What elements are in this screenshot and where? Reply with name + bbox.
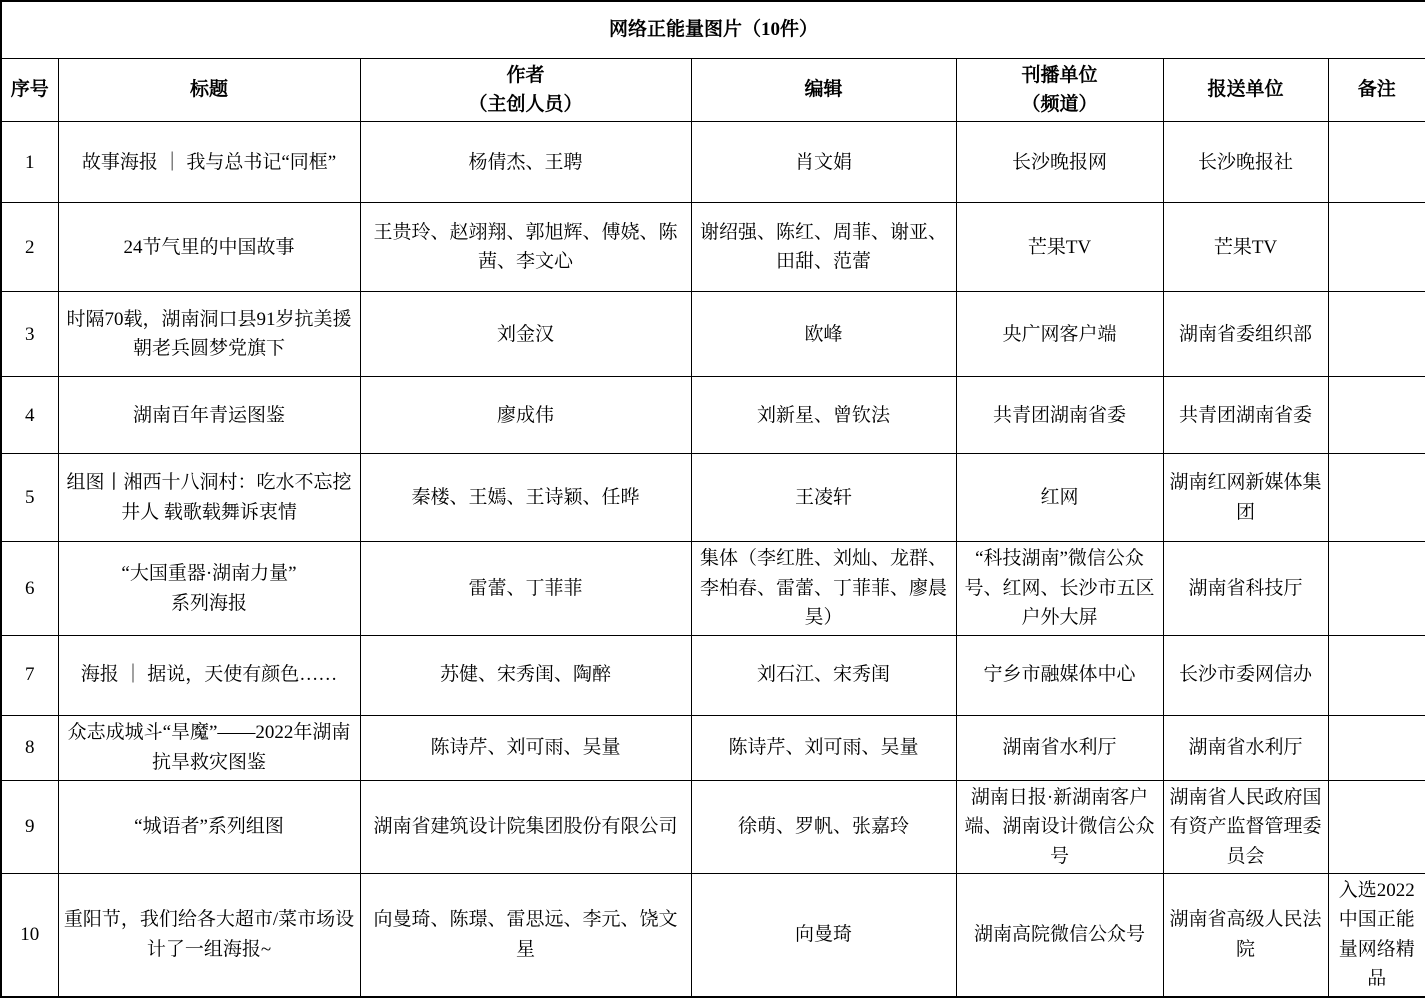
cell-title: “大国重器·湖南力量” 系列海报 xyxy=(58,542,360,635)
cell-editor: 肖文娟 xyxy=(691,122,956,203)
cell-editor: 欧峰 xyxy=(691,292,956,377)
cell-author: 苏健、宋秀闺、陶醉 xyxy=(360,635,691,715)
cell-editor: 徐萌、罗帆、张嘉玲 xyxy=(691,780,956,873)
cell-editor: 谢绍强、陈红、周菲、谢亚、田甜、范蕾 xyxy=(691,203,956,292)
header-author: 作者 （主创人员） xyxy=(360,58,691,122)
cell-no: 4 xyxy=(1,377,58,454)
cell-author: 杨倩杰、王聘 xyxy=(360,122,691,203)
cell-title: “城语者”系列组图 xyxy=(58,780,360,873)
cell-title: 海报 ｜ 据说，天使有颜色…… xyxy=(58,635,360,715)
cell-remark xyxy=(1328,203,1425,292)
header-remark: 备注 xyxy=(1328,58,1425,122)
cell-submitter: 芒果TV xyxy=(1163,203,1328,292)
header-submitter: 报送单位 xyxy=(1163,58,1328,122)
cell-submitter: 湖南省人民政府国有资产监督管理委员会 xyxy=(1163,780,1328,873)
cell-remark xyxy=(1328,377,1425,454)
cell-no: 5 xyxy=(1,454,58,542)
cell-no: 6 xyxy=(1,542,58,635)
table-row: 6 “大国重器·湖南力量” 系列海报 雷蕾、丁菲菲 集体（李红胜、刘灿、龙群、李… xyxy=(1,542,1425,635)
cell-submitter: 湖南省高级人民法院 xyxy=(1163,874,1328,997)
cell-editor: 刘新星、曾钦法 xyxy=(691,377,956,454)
cell-remark xyxy=(1328,780,1425,873)
cell-publisher: 湖南日报·新湖南客户端、湖南设计微信公众号 xyxy=(956,780,1163,873)
cell-no: 10 xyxy=(1,874,58,997)
cell-publisher: 芒果TV xyxy=(956,203,1163,292)
cell-publisher: 央广网客户端 xyxy=(956,292,1163,377)
header-title: 标题 xyxy=(58,58,360,122)
cell-no: 2 xyxy=(1,203,58,292)
cell-submitter: 共青团湖南省委 xyxy=(1163,377,1328,454)
cell-editor: 集体（李红胜、刘灿、龙群、李柏春、雷蕾、丁菲菲、廖晨昊） xyxy=(691,542,956,635)
header-no: 序号 xyxy=(1,58,58,122)
cell-title: 组图丨湘西十八洞村：吃水不忘挖井人 载歌载舞诉衷情 xyxy=(58,454,360,542)
cell-remark xyxy=(1328,292,1425,377)
cell-title: 24节气里的中国故事 xyxy=(58,203,360,292)
cell-remark: 入选2022中国正能量网络精品 xyxy=(1328,874,1425,997)
cell-remark xyxy=(1328,715,1425,780)
table-row: 5 组图丨湘西十八洞村：吃水不忘挖井人 载歌载舞诉衷情 秦楼、王嫣、王诗颖、任晔… xyxy=(1,454,1425,542)
cell-author: 王贵玲、赵翊翔、郭旭辉、傅娆、陈茜、李文心 xyxy=(360,203,691,292)
cell-author: 刘金汉 xyxy=(360,292,691,377)
table-header-row: 序号 标题 作者 （主创人员） 编辑 刊播单位 （频道） 报送单位 备注 xyxy=(1,58,1425,122)
cell-title: 时隔70载，湖南洞口县91岁抗美援朝老兵圆梦党旗下 xyxy=(58,292,360,377)
cell-author: 廖成伟 xyxy=(360,377,691,454)
positive-energy-pictures-table: 网络正能量图片（10件） 序号 标题 作者 （主创人员） 编辑 刊播单位 （频道… xyxy=(0,0,1425,998)
table-row: 3 时隔70载，湖南洞口县91岁抗美援朝老兵圆梦党旗下 刘金汉 欧峰 央广网客户… xyxy=(1,292,1425,377)
table-row: 7 海报 ｜ 据说，天使有颜色…… 苏健、宋秀闺、陶醉 刘石江、宋秀闺 宁乡市融… xyxy=(1,635,1425,715)
table-title: 网络正能量图片（10件） xyxy=(1,1,1425,58)
cell-title: 湖南百年青运图鉴 xyxy=(58,377,360,454)
cell-title: 重阳节，我们给各大超市/菜市场设计了一组海报~ xyxy=(58,874,360,997)
table-row: 10 重阳节，我们给各大超市/菜市场设计了一组海报~ 向曼琦、陈璟、雷思远、李元… xyxy=(1,874,1425,997)
cell-editor: 向曼琦 xyxy=(691,874,956,997)
cell-submitter: 湖南省水利厅 xyxy=(1163,715,1328,780)
cell-remark xyxy=(1328,122,1425,203)
table-row: 4 湖南百年青运图鉴 廖成伟 刘新星、曾钦法 共青团湖南省委 共青团湖南省委 xyxy=(1,377,1425,454)
cell-no: 7 xyxy=(1,635,58,715)
header-publisher: 刊播单位 （频道） xyxy=(956,58,1163,122)
cell-author: 陈诗芹、刘可雨、吴量 xyxy=(360,715,691,780)
cell-editor: 陈诗芹、刘可雨、吴量 xyxy=(691,715,956,780)
cell-submitter: 长沙市委网信办 xyxy=(1163,635,1328,715)
table-row: 9 “城语者”系列组图 湖南省建筑设计院集团股份有限公司 徐萌、罗帆、张嘉玲 湖… xyxy=(1,780,1425,873)
cell-publisher: 长沙晚报网 xyxy=(956,122,1163,203)
cell-submitter: 湖南红网新媒体集团 xyxy=(1163,454,1328,542)
cell-author: 秦楼、王嫣、王诗颖、任晔 xyxy=(360,454,691,542)
cell-remark xyxy=(1328,454,1425,542)
cell-title: 故事海报 ｜ 我与总书记“同框” xyxy=(58,122,360,203)
cell-no: 8 xyxy=(1,715,58,780)
cell-submitter: 长沙晚报社 xyxy=(1163,122,1328,203)
cell-remark xyxy=(1328,542,1425,635)
cell-editor: 刘石江、宋秀闺 xyxy=(691,635,956,715)
table-row: 8 众志成城斗“旱魔”——2022年湖南抗旱救灾图鉴 陈诗芹、刘可雨、吴量 陈诗… xyxy=(1,715,1425,780)
cell-publisher: 湖南省水利厅 xyxy=(956,715,1163,780)
table-title-row: 网络正能量图片（10件） xyxy=(1,1,1425,58)
cell-publisher: 宁乡市融媒体中心 xyxy=(956,635,1163,715)
cell-publisher: 湖南高院微信公众号 xyxy=(956,874,1163,997)
cell-submitter: 湖南省委组织部 xyxy=(1163,292,1328,377)
header-editor: 编辑 xyxy=(691,58,956,122)
cell-publisher: 共青团湖南省委 xyxy=(956,377,1163,454)
cell-no: 1 xyxy=(1,122,58,203)
cell-title: 众志成城斗“旱魔”——2022年湖南抗旱救灾图鉴 xyxy=(58,715,360,780)
cell-publisher: 红网 xyxy=(956,454,1163,542)
cell-no: 3 xyxy=(1,292,58,377)
cell-publisher: “科技湖南”微信公众号、红网、长沙市五区户外大屏 xyxy=(956,542,1163,635)
table-row: 1 故事海报 ｜ 我与总书记“同框” 杨倩杰、王聘 肖文娟 长沙晚报网 长沙晚报… xyxy=(1,122,1425,203)
cell-no: 9 xyxy=(1,780,58,873)
cell-author: 湖南省建筑设计院集团股份有限公司 xyxy=(360,780,691,873)
cell-author: 雷蕾、丁菲菲 xyxy=(360,542,691,635)
table-row: 2 24节气里的中国故事 王贵玲、赵翊翔、郭旭辉、傅娆、陈茜、李文心 谢绍强、陈… xyxy=(1,203,1425,292)
cell-editor: 王凌轩 xyxy=(691,454,956,542)
cell-author: 向曼琦、陈璟、雷思远、李元、饶文星 xyxy=(360,874,691,997)
cell-submitter: 湖南省科技厅 xyxy=(1163,542,1328,635)
cell-remark xyxy=(1328,635,1425,715)
